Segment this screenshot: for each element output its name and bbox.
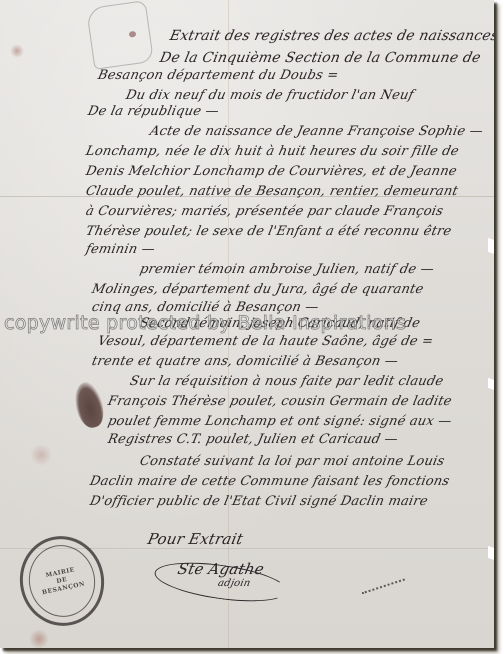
text-line: Vesoul, département de la haute Saône, â… bbox=[96, 334, 434, 349]
copyright-watermark: copywrite protected by Bella Inspiration… bbox=[4, 312, 406, 334]
seal-text: MAIRIE bbox=[45, 566, 76, 580]
document-page: Extrait des registres des actes de naiss… bbox=[0, 0, 494, 648]
text-line: Acte de naissance de Jeanne Françoise So… bbox=[148, 124, 484, 139]
text-line: Constaté suivant la loi par moi antoine … bbox=[138, 454, 445, 469]
text-line: François Thérèse poulet, cousin Germain … bbox=[106, 394, 453, 409]
seal-text: DE bbox=[56, 576, 68, 586]
text-line: Daclin maire de cette Commune faisant le… bbox=[88, 474, 450, 489]
closing-text: Pour Extrait bbox=[146, 530, 245, 548]
text-line: Claude poulet, native de Besançon, renti… bbox=[84, 184, 459, 199]
text-line: Registres C.T. poulet, Julien et Caricau… bbox=[106, 432, 399, 447]
text-line: feminin — bbox=[84, 242, 156, 257]
document-title: Extrait des registres des actes de naiss… bbox=[168, 28, 494, 44]
seal-text: BESANÇON bbox=[41, 580, 85, 597]
text-line: poulet femme Lonchamp et ont signé: sign… bbox=[106, 414, 453, 429]
text-line: premier témoin ambroise Julien, natif de… bbox=[138, 262, 435, 277]
text-line: Du dix neuf du mois de fructidor l'an Ne… bbox=[124, 88, 415, 103]
text-line: D'officier public de l'Etat Civil signé … bbox=[88, 494, 429, 509]
text-line: trente et quatre ans, domicilié à Besanç… bbox=[90, 354, 399, 369]
text-line: De la république — bbox=[86, 104, 220, 119]
text-line: De la Cinquième Section de la Commune de bbox=[158, 50, 482, 66]
text-line: Denis Melchior Lonchamp de Courvières, e… bbox=[84, 164, 458, 179]
text-line: à Courvières; mariés, présentée par clau… bbox=[84, 204, 444, 219]
text-line: Besançon département du Doubs = bbox=[96, 68, 339, 83]
text-line: Thérèse poulet; le sexe de l'Enfant a ét… bbox=[84, 224, 453, 239]
text-line: Sur la réquisition à nous faite par ledi… bbox=[128, 374, 444, 389]
text-line: Lonchamp, née le dix huit à huit heures … bbox=[84, 144, 460, 159]
text-line: Molinges, département du Jura, âgé de qu… bbox=[90, 282, 425, 297]
